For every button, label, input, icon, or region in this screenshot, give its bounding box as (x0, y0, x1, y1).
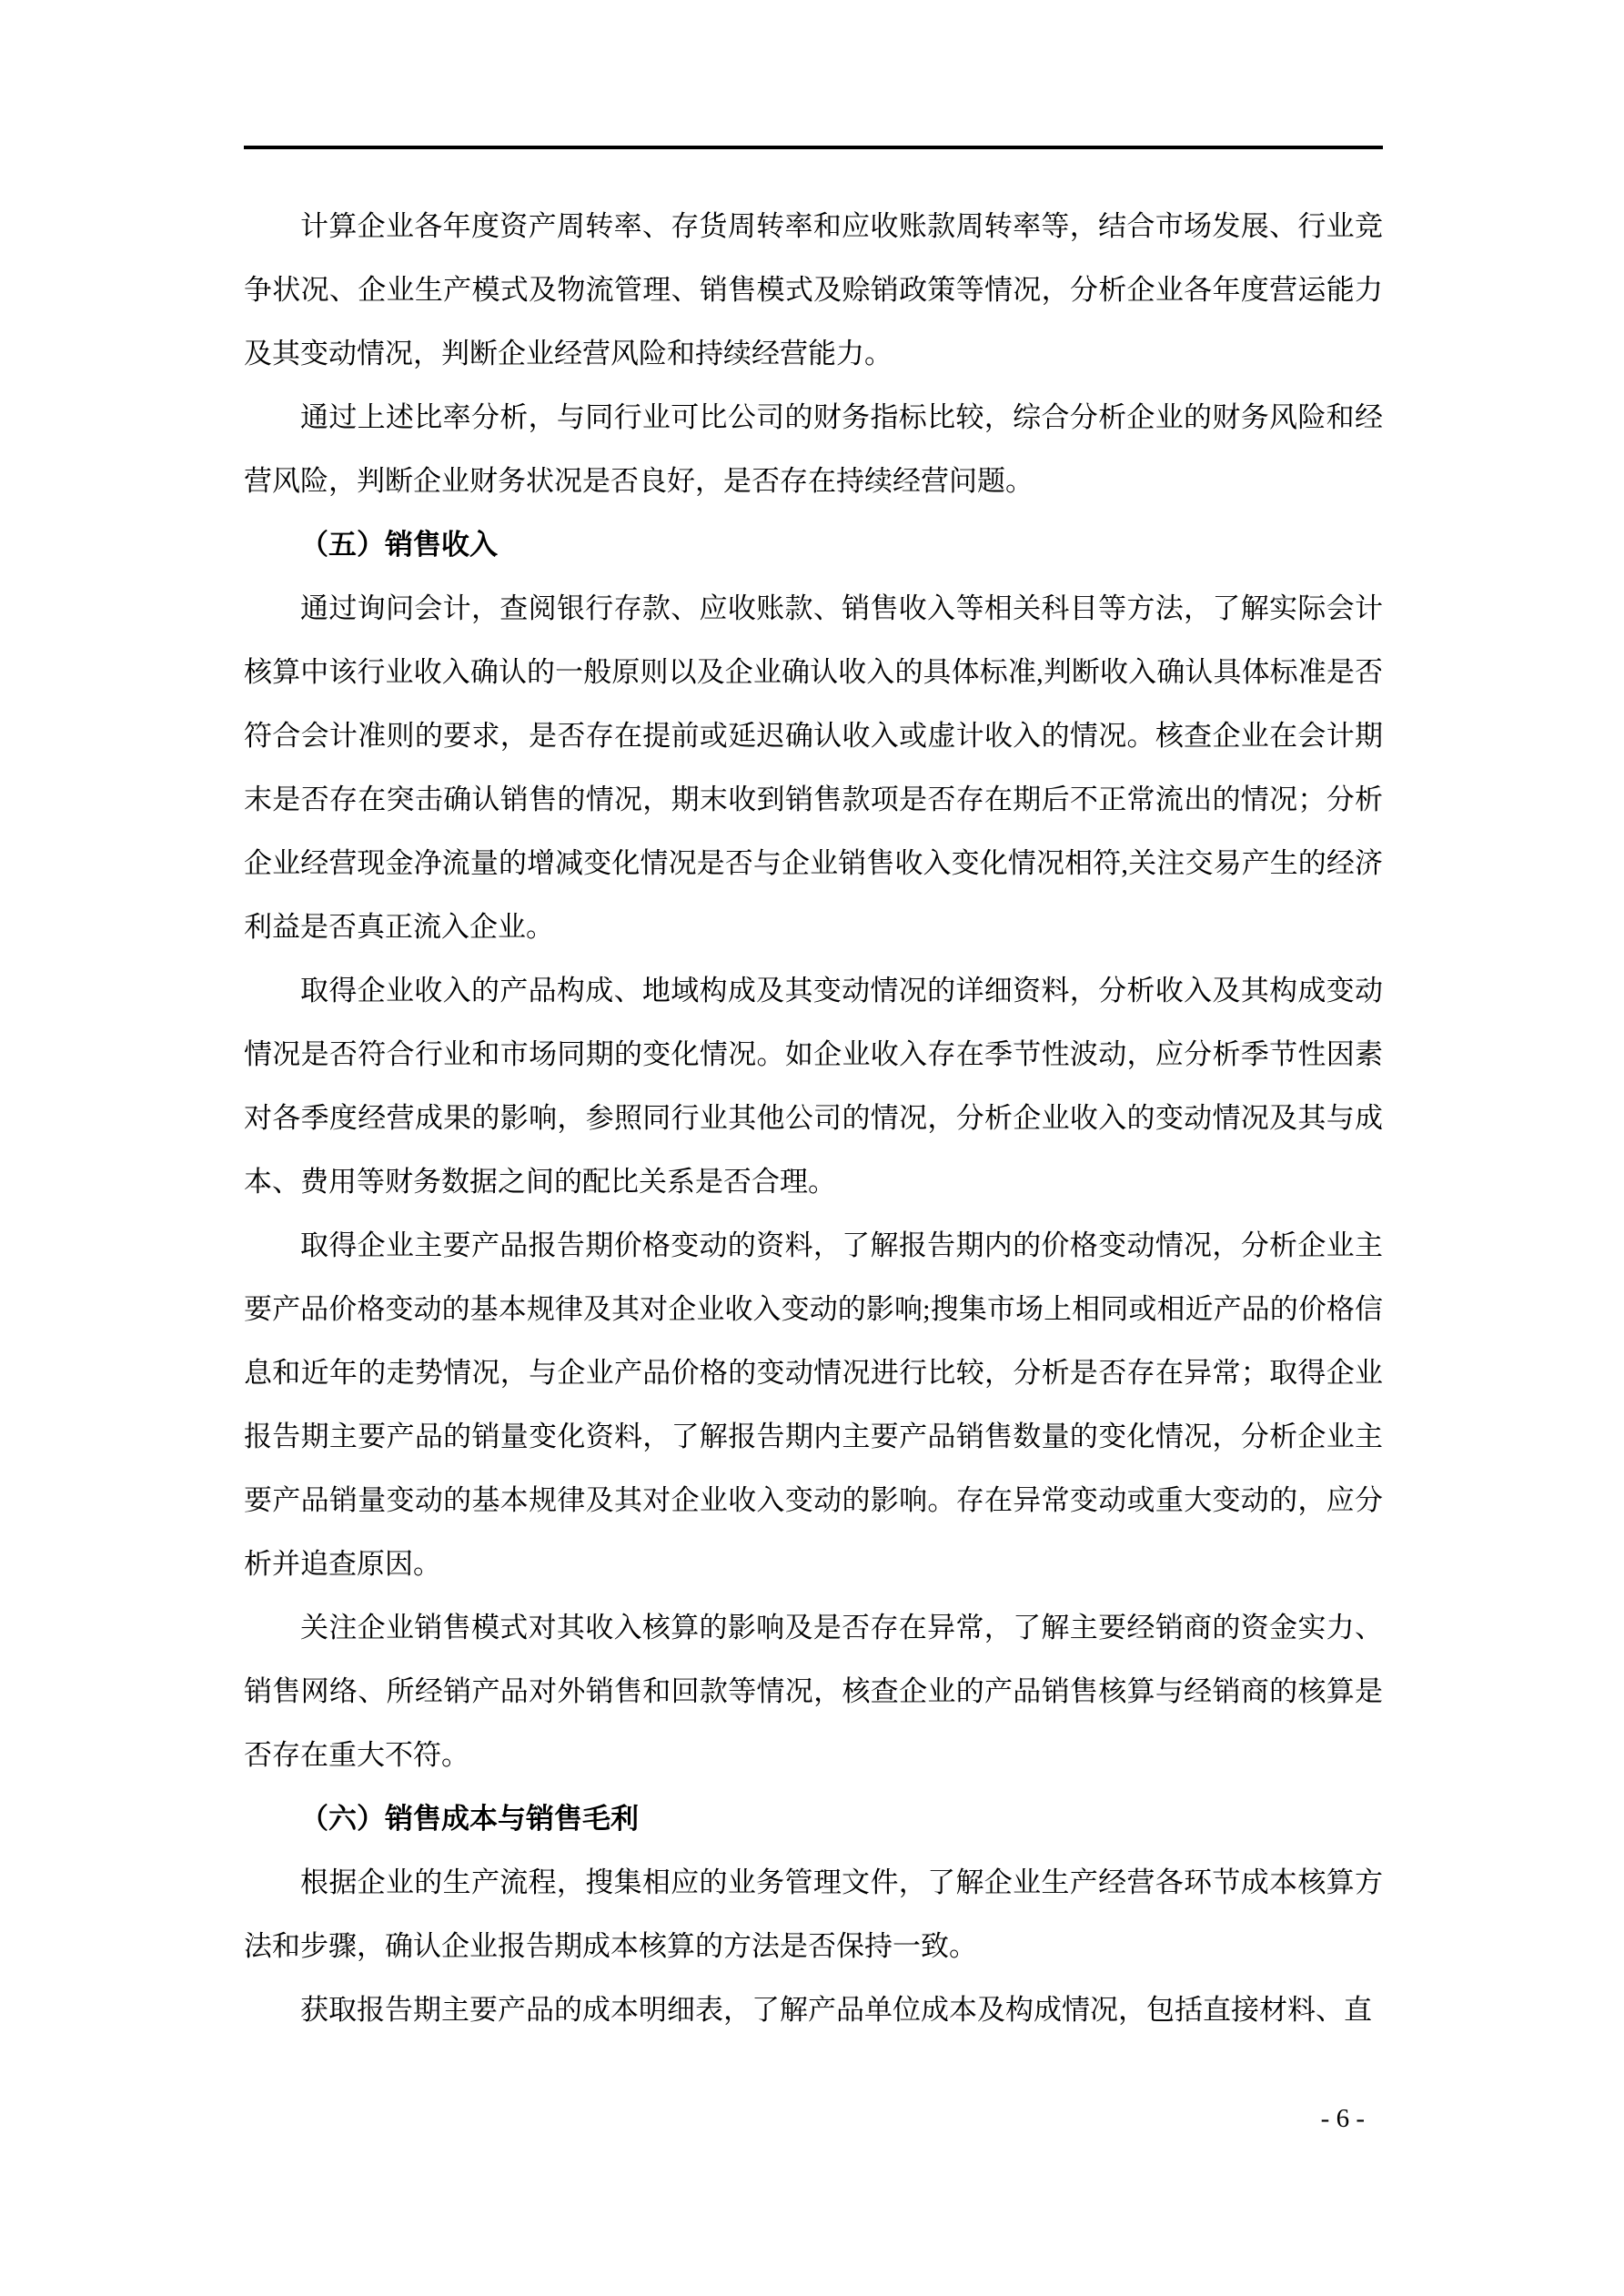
header-rule (244, 146, 1383, 149)
section-heading: （六）销售成本与销售毛利 (244, 1787, 1383, 1851)
section-heading: （五）销售收入 (244, 513, 1383, 577)
paragraph: 计算企业各年度资产周转率、存货周转率和应收账款周转率等，结合市场发展、行业竞争状… (244, 195, 1383, 386)
paragraph: 取得企业收入的产品构成、地域构成及其变动情况的详细资料，分析收入及其构成变动情况… (244, 959, 1383, 1214)
document-body: 计算企业各年度资产周转率、存货周转率和应收账款周转率等，结合市场发展、行业竞争状… (244, 195, 1383, 2042)
paragraph: 关注企业销售模式对其收入核算的影响及是否存在异常，了解主要经销商的资金实力、销售… (244, 1596, 1383, 1787)
document-page: 计算企业各年度资产周转率、存货周转率和应收账款周转率等，结合市场发展、行业竞争状… (0, 0, 1624, 2296)
paragraph: 通过询问会计，查阅银行存款、应收账款、销售收入等相关科目等方法，了解实际会计核算… (244, 577, 1383, 959)
paragraph: 根据企业的生产流程，搜集相应的业务管理文件，了解企业生产经营各环节成本核算方法和… (244, 1851, 1383, 1978)
page-number: - 6 - (244, 2099, 1365, 2139)
paragraph: 获取报告期主要产品的成本明细表，了解产品单位成本及构成情况，包括直接材料、直 (244, 1978, 1383, 2042)
paragraph: 取得企业主要产品报告期价格变动的资料，了解报告期内的价格变动情况，分析企业主要产… (244, 1214, 1383, 1596)
paragraph: 通过上述比率分析，与同行业可比公司的财务指标比较，综合分析企业的财务风险和经营风… (244, 386, 1383, 513)
